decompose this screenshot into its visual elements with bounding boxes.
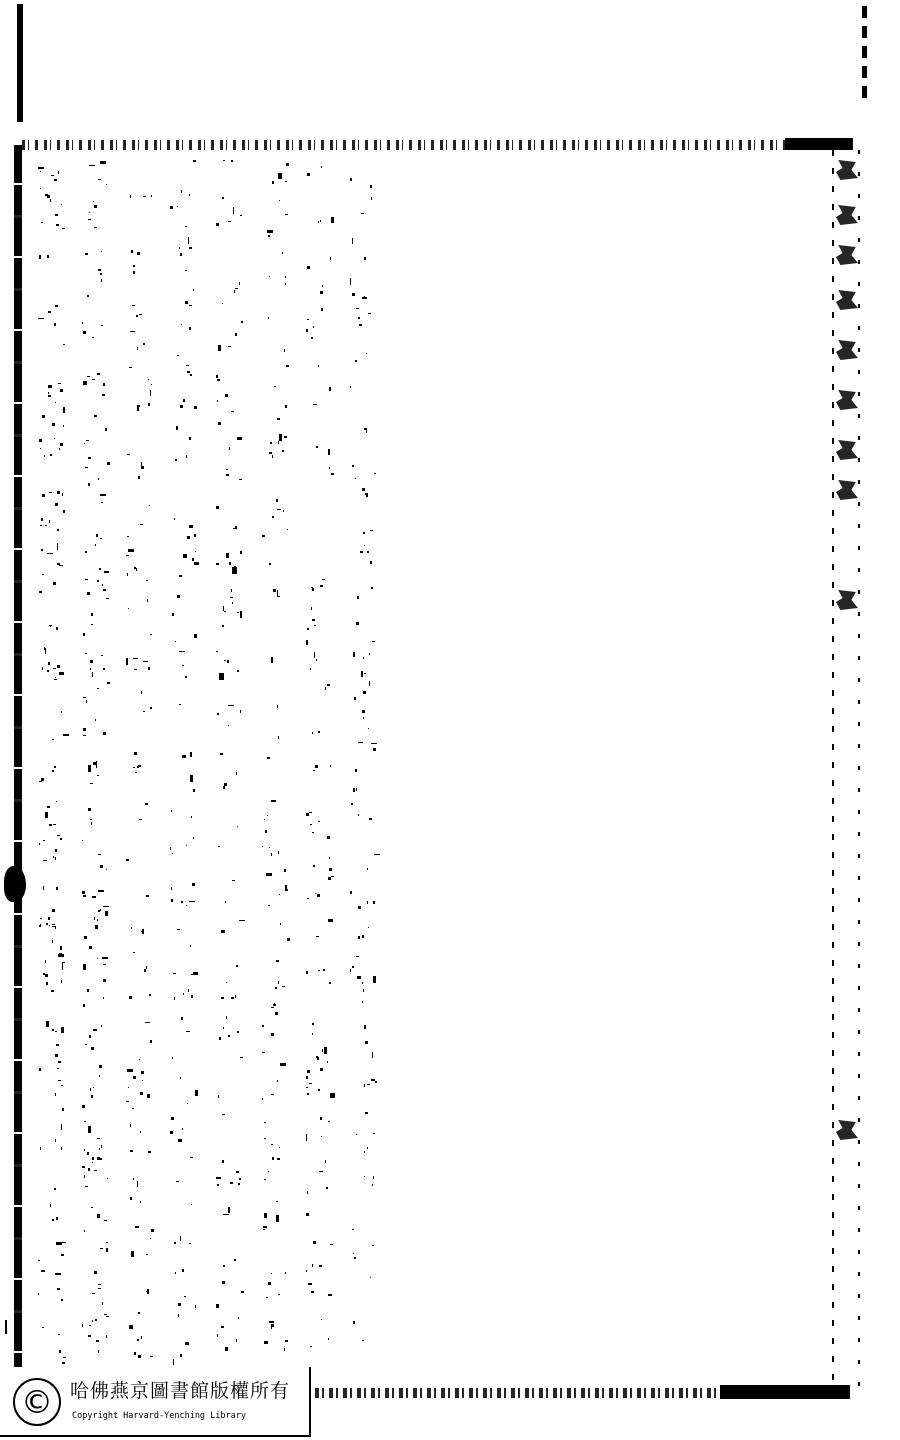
copyright-icon: ©	[13, 1378, 61, 1426]
text-column	[216, 160, 240, 1370]
right-outer-frame-line	[858, 150, 860, 1390]
margin-glyph	[836, 440, 858, 460]
margin-glyph	[836, 290, 858, 310]
margin-glyph	[836, 340, 858, 360]
top-frame-corner	[785, 138, 853, 150]
copyright-stamp: © 哈佛燕京圖書館版權所有 Copyright Harvard-Yenching…	[0, 1367, 311, 1437]
degraded-text-columns	[30, 160, 390, 1370]
text-column	[350, 160, 374, 1370]
margin-glyph	[836, 245, 858, 265]
scanned-page: © 哈佛燕京圖書館版權所有 Copyright Harvard-Yenching…	[0, 0, 900, 1440]
margin-glyph	[836, 1120, 858, 1140]
page-edge-mark	[862, 6, 867, 106]
left-border	[14, 145, 22, 1370]
margin-glyph	[836, 205, 858, 225]
bottom-frame-corner	[720, 1385, 850, 1399]
copyright-chinese: 哈佛燕京圖書館版權所有	[70, 1376, 290, 1403]
text-column	[126, 160, 150, 1370]
text-column	[170, 160, 194, 1370]
margin-glyph	[836, 590, 858, 610]
text-column	[306, 160, 330, 1370]
top-frame-line	[22, 140, 852, 150]
margin-glyph	[836, 390, 858, 410]
margin-glyph	[836, 160, 858, 180]
margin-glyph	[836, 480, 858, 500]
ink-blot	[4, 866, 26, 902]
text-column	[38, 160, 62, 1370]
scan-mark	[5, 1320, 7, 1334]
text-column	[82, 160, 106, 1370]
left-border-top	[17, 4, 23, 122]
text-column	[262, 160, 286, 1370]
right-inner-frame-line	[832, 150, 834, 1390]
copyright-english: Copyright Harvard-Yenching Library	[72, 1411, 246, 1421]
